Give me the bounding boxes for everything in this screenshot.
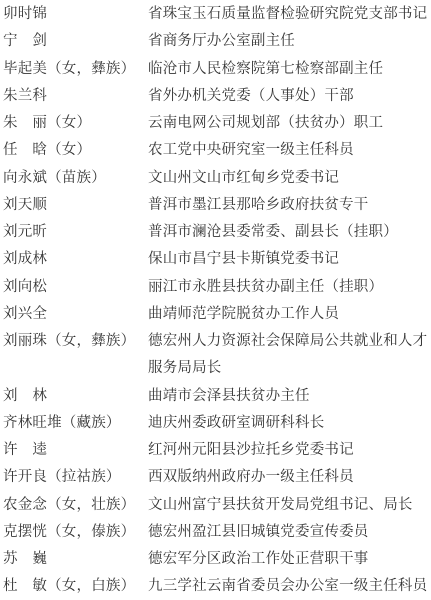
person-name: 朱兰科 bbox=[3, 83, 148, 110]
list-item: 刘元昕 普洱市澜沧县委常委、副县长（挂职） bbox=[3, 219, 431, 246]
person-name: 刘向松 bbox=[3, 274, 148, 301]
person-title: 西双版纳州政府办一级主任科员 bbox=[148, 464, 428, 491]
list-item: 杜 敏（女，白族） 九三学社云南省委员会办公室一级主任科员 bbox=[3, 573, 431, 600]
person-title: 九三学社云南省委员会办公室一级主任科员 bbox=[148, 573, 428, 600]
list-item: 毕起美（女，彝族） 临沧市人民检察院第七检察部副主任 bbox=[3, 56, 431, 83]
person-title: 德宏军分区政治工作处正营职干事 bbox=[148, 546, 428, 573]
list-item: 刘成林 保山市昌宁县卡斯镇党委书记 bbox=[3, 246, 431, 273]
person-title: 临沧市人民检察院第七检察部副主任 bbox=[148, 56, 428, 83]
person-name: 向永斌（苗族） bbox=[3, 165, 148, 192]
person-name: 刘天顺 bbox=[3, 192, 148, 219]
person-title: 省商务厅办公室副主任 bbox=[148, 28, 428, 55]
person-name: 卯时锦 bbox=[3, 1, 148, 28]
person-title: 德宏州人力资源社会保障局公共就业和人才服务局局长 bbox=[148, 328, 428, 383]
person-title: 省珠宝玉石质量监督检验研究院党支部书记 bbox=[148, 1, 428, 28]
list-item: 农金念（女，壮族） 文山州富宁县扶贫开发局党组书记、局长 bbox=[3, 492, 431, 519]
roster-list: 卯时锦 省珠宝玉石质量监督检验研究院党支部书记 宁 剑 省商务厅办公室副主任 毕… bbox=[3, 1, 431, 600]
person-name: 杜 敏（女，白族） bbox=[3, 573, 148, 600]
person-name: 刘兴全 bbox=[3, 301, 148, 328]
person-name: 刘丽珠（女，彝族） bbox=[3, 328, 148, 355]
person-title: 普洱市澜沧县委常委、副县长（挂职） bbox=[148, 219, 428, 246]
person-title: 迪庆州委政研室调研科科长 bbox=[148, 410, 428, 437]
person-name: 齐林旺堆（藏族） bbox=[3, 410, 148, 437]
person-name: 许 逵 bbox=[3, 437, 148, 464]
person-title: 德宏州盈江县旧城镇党委宣传委员 bbox=[148, 519, 428, 546]
list-item: 卯时锦 省珠宝玉石质量监督检验研究院党支部书记 bbox=[3, 1, 431, 28]
list-item: 朱 丽（女） 云南电网公司规划部（扶贫办）职工 bbox=[3, 110, 431, 137]
person-title: 省外办机关党委（人事处）干部 bbox=[148, 83, 428, 110]
list-item: 刘天顺 普洱市墨江县那哈乡政府扶贫专干 bbox=[3, 192, 431, 219]
list-item: 任 晗（女） 农工党中央研究室一级主任科员 bbox=[3, 137, 431, 164]
person-title: 曲靖师范学院脱贫办工作人员 bbox=[148, 301, 428, 328]
list-item: 克摆恍（女，傣族） 德宏州盈江县旧城镇党委宣传委员 bbox=[3, 519, 431, 546]
person-title: 曲靖市会泽县扶贫办主任 bbox=[148, 383, 428, 410]
list-item: 苏 巍 德宏军分区政治工作处正营职干事 bbox=[3, 546, 431, 573]
person-name: 苏 巍 bbox=[3, 546, 148, 573]
person-title: 文山州富宁县扶贫开发局党组书记、局长 bbox=[148, 492, 428, 519]
list-item: 刘向松 丽江市永胜县扶贫办副主任（挂职） bbox=[3, 274, 431, 301]
person-title: 云南电网公司规划部（扶贫办）职工 bbox=[148, 110, 428, 137]
person-name: 刘 林 bbox=[3, 383, 148, 410]
list-item: 刘 林 曲靖市会泽县扶贫办主任 bbox=[3, 383, 431, 410]
person-title: 普洱市墨江县那哈乡政府扶贫专干 bbox=[148, 192, 428, 219]
person-name: 农金念（女，壮族） bbox=[3, 492, 148, 519]
person-name: 刘元昕 bbox=[3, 219, 148, 246]
list-item: 向永斌（苗族） 文山州文山市红甸乡党委书记 bbox=[3, 165, 431, 192]
list-item: 刘丽珠（女，彝族） 德宏州人力资源社会保障局公共就业和人才服务局局长 bbox=[3, 328, 431, 383]
person-name: 许开良（拉祜族） bbox=[3, 464, 148, 491]
person-title: 保山市昌宁县卡斯镇党委书记 bbox=[148, 246, 428, 273]
person-name: 毕起美（女，彝族） bbox=[3, 56, 148, 83]
person-name: 刘成林 bbox=[3, 246, 148, 273]
person-title: 农工党中央研究室一级主任科员 bbox=[148, 137, 428, 164]
person-name: 宁 剑 bbox=[3, 28, 148, 55]
list-item: 许 逵 红河州元阳县沙拉托乡党委书记 bbox=[3, 437, 431, 464]
person-name: 朱 丽（女） bbox=[3, 110, 148, 137]
person-name: 任 晗（女） bbox=[3, 137, 148, 164]
list-item: 宁 剑 省商务厅办公室副主任 bbox=[3, 28, 431, 55]
list-item: 许开良（拉祜族） 西双版纳州政府办一级主任科员 bbox=[3, 464, 431, 491]
person-title: 红河州元阳县沙拉托乡党委书记 bbox=[148, 437, 428, 464]
list-item: 刘兴全 曲靖师范学院脱贫办工作人员 bbox=[3, 301, 431, 328]
list-item: 齐林旺堆（藏族） 迪庆州委政研室调研科科长 bbox=[3, 410, 431, 437]
person-title: 文山州文山市红甸乡党委书记 bbox=[148, 165, 428, 192]
document-page: 卯时锦 省珠宝玉石质量监督检验研究院党支部书记 宁 剑 省商务厅办公室副主任 毕… bbox=[0, 0, 431, 600]
person-title: 丽江市永胜县扶贫办副主任（挂职） bbox=[148, 274, 428, 301]
person-name: 克摆恍（女，傣族） bbox=[3, 519, 148, 546]
list-item: 朱兰科 省外办机关党委（人事处）干部 bbox=[3, 83, 431, 110]
